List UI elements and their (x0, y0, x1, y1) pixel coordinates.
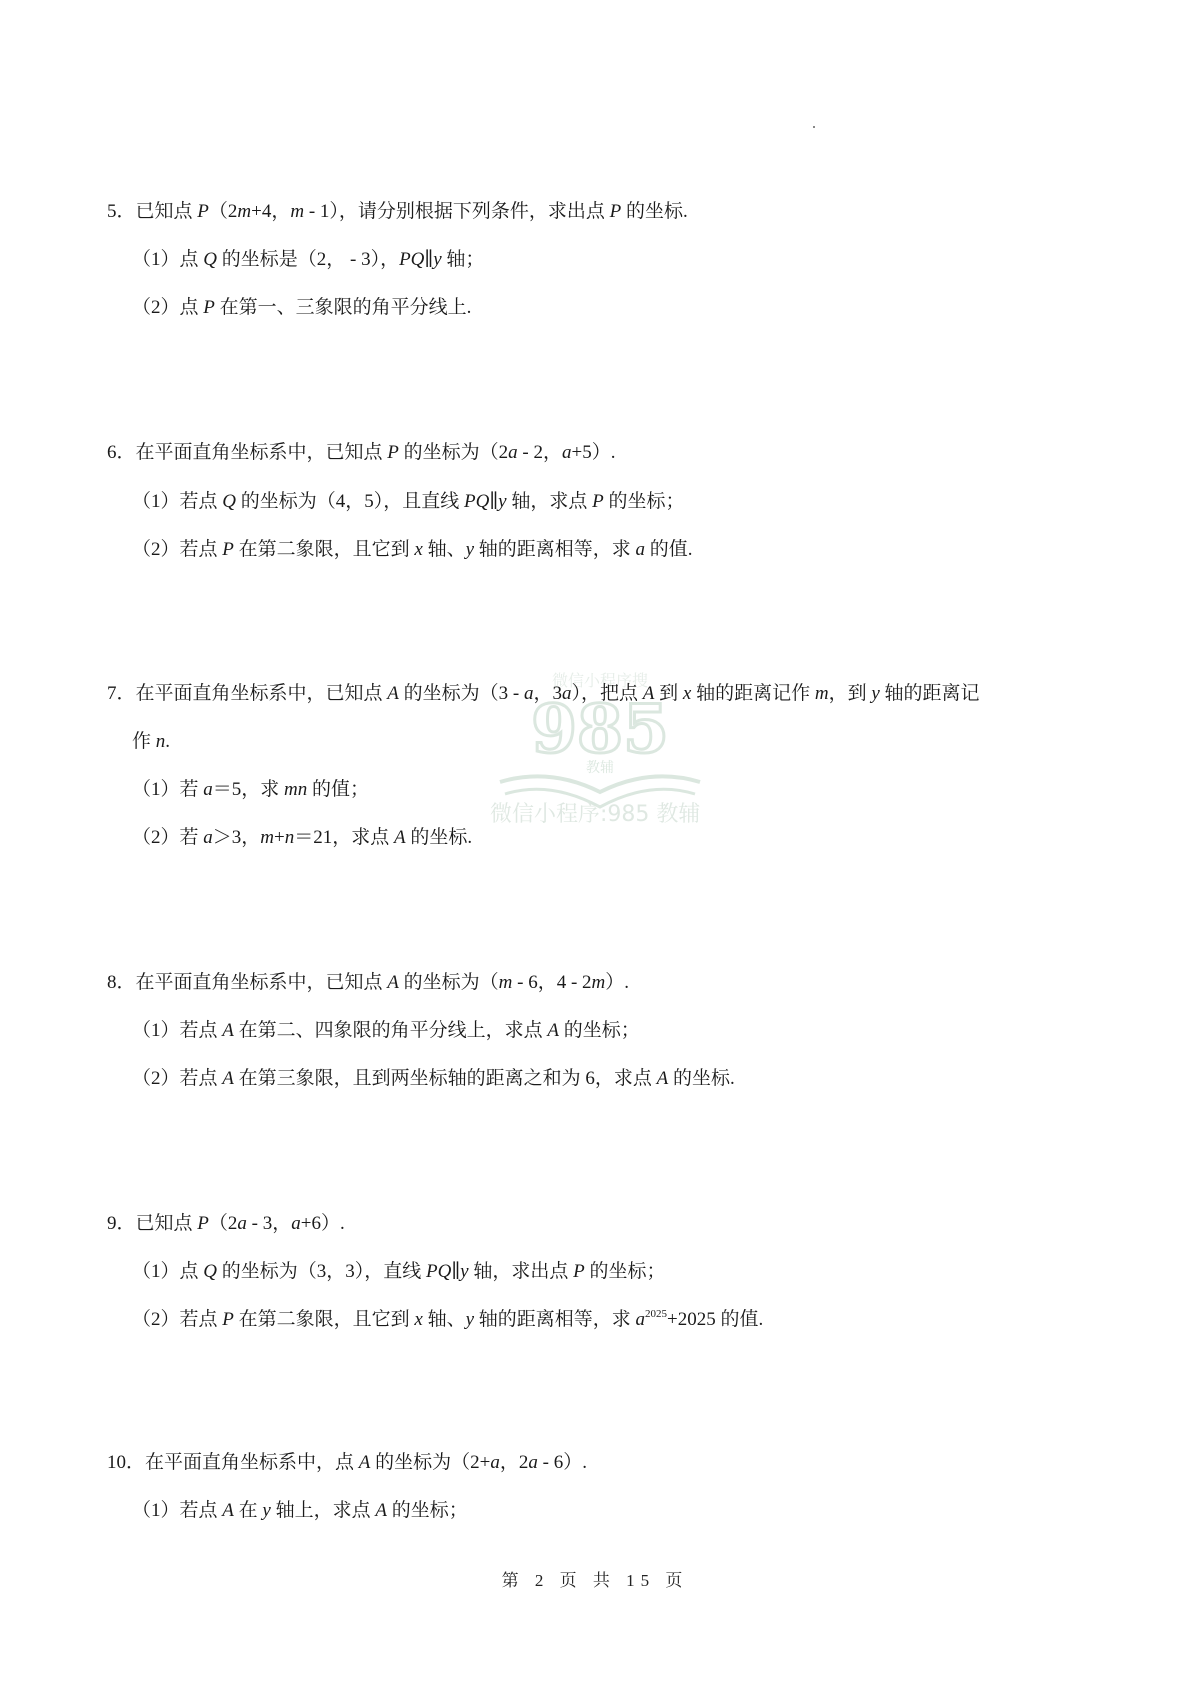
problem-number: 6． (107, 442, 136, 463)
problem-stem: 9．已知点 P（2a - 3，a+6）. (107, 1212, 345, 1236)
problem-subpart: （1）若 a＝5，求 mn 的值； (132, 778, 369, 802)
problem-number: 8． (107, 972, 136, 993)
problem-subpart: （1）若点 A 在 y 轴上，求点 A 的坐标； (132, 1499, 468, 1523)
problem-number: 9． (107, 1213, 136, 1234)
watermark-sub: 教辅 (586, 759, 614, 776)
problem-subpart: （2）若点 P 在第二象限，且它到 x 轴、y 轴的距离相等，求 a2025+2… (132, 1308, 763, 1332)
problem-subpart: （1）点 Q 的坐标是（2， - 3），PQ∥y 轴； (132, 248, 484, 272)
problem-subpart: （2）若 a＞3，m+n＝21，求点 A 的坐标. (132, 826, 472, 850)
problem-number: 5． (107, 201, 136, 222)
problem-stem: 6．在平面直角坐标系中，已知点 P 的坐标为（2a - 2，a+5）. (107, 441, 615, 465)
page-footer: 第 2 页 共 15 页 (0, 1566, 1190, 1591)
problem-subpart: （1）点 Q 的坐标为（3，3），直线 PQ∥y 轴，求出点 P 的坐标； (132, 1260, 665, 1284)
problem-stem: 10．在平面直角坐标系中，点 A 的坐标为（2+a，2a - 6）. (107, 1451, 587, 1475)
problem-stem: 5．已知点 P（2m+4，m - 1），请分别根据下列条件，求出点 P 的坐标. (107, 200, 688, 224)
problem-subpart: （2）若点 P 在第二象限，且它到 x 轴、y 轴的距离相等，求 a 的值. (132, 538, 693, 562)
stray-mark (813, 126, 815, 128)
problem-stem: 8．在平面直角坐标系中，已知点 A 的坐标为（m - 6，4 - 2m）. (107, 971, 629, 995)
problem-subpart: （2）点 P 在第一、三象限的角平分线上. (132, 296, 471, 320)
watermark-text: 微信小程序:985 教辅 (490, 797, 700, 828)
problem-number: 10． (107, 1452, 145, 1473)
problem-subpart: （1）若点 Q 的坐标为（4，5），且直线 PQ∥y 轴，求点 P 的坐标； (132, 490, 684, 514)
problem-subpart: （1）若点 A 在第二、四象限的角平分线上，求点 A 的坐标； (132, 1019, 640, 1043)
problem-number: 7． (107, 683, 136, 704)
problem-stem: 7．在平面直角坐标系中，已知点 A 的坐标为（3 - a，3a），把点 A 到 … (107, 682, 980, 706)
problem-subpart: （2）若点 A 在第三象限，且到两坐标轴的距离之和为 6，求点 A 的坐标. (132, 1067, 735, 1091)
problem-stem-continued: 作 n. (132, 730, 170, 754)
